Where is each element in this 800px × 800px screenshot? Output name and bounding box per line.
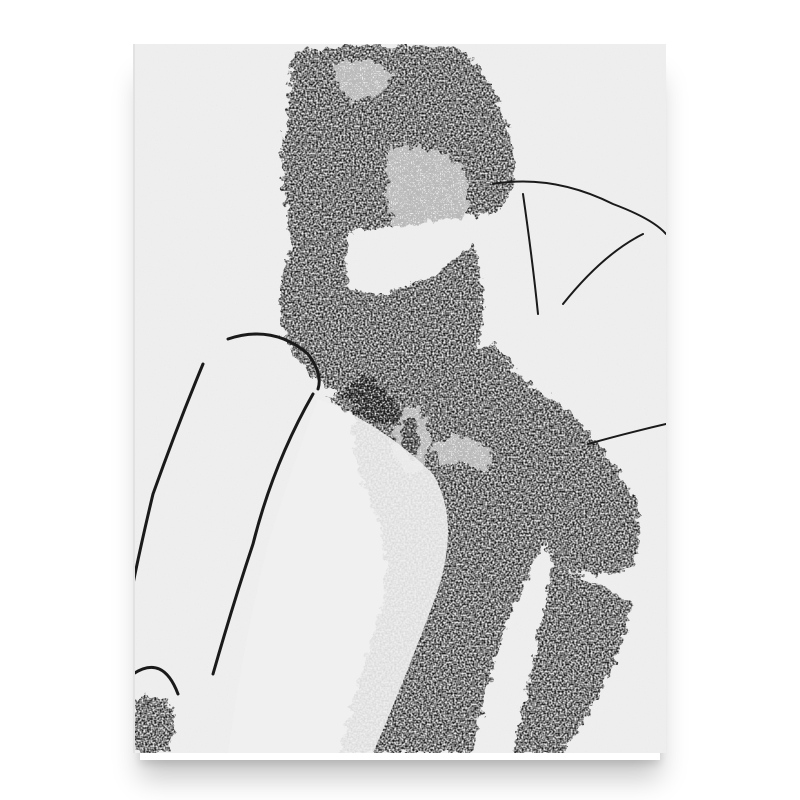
poster-edge [133,44,135,753]
halftone-photo [133,44,666,753]
hand [133,695,174,753]
poster-print [133,44,666,753]
